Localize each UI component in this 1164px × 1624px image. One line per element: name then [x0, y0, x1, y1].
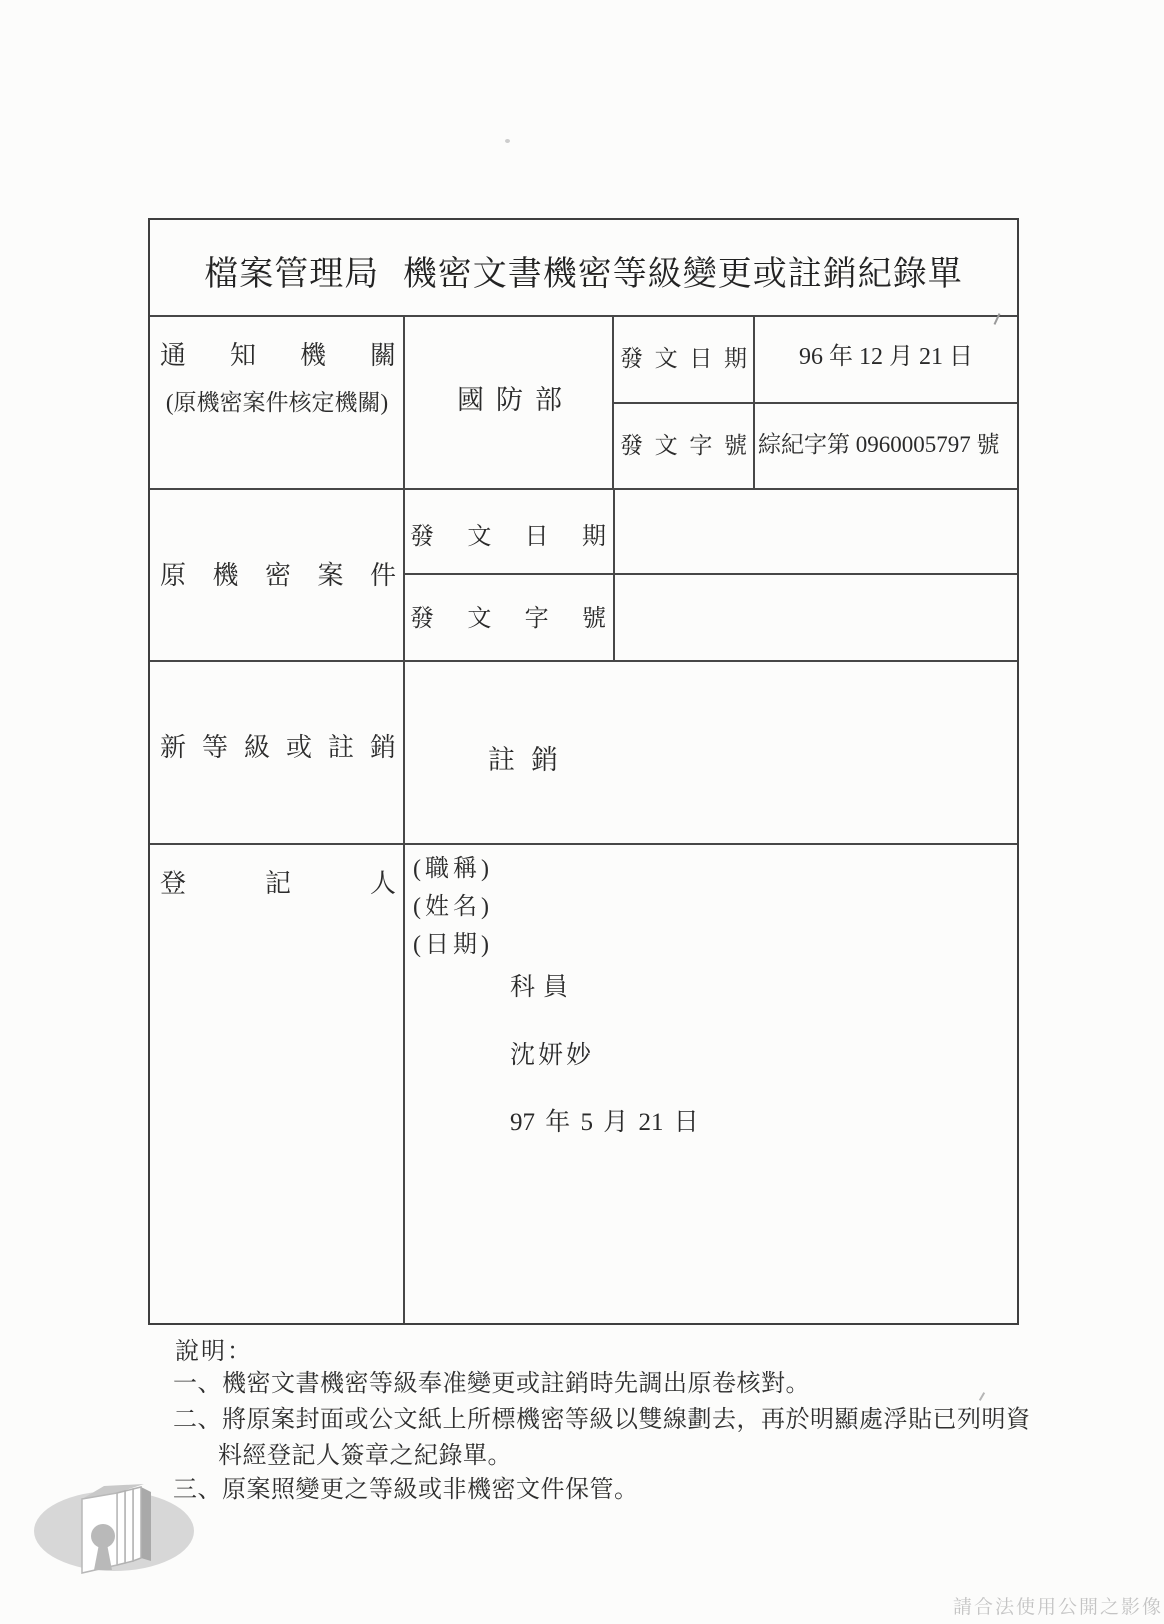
new-level-label: 新等級或註銷 [160, 732, 396, 765]
notify-agency-value: 國防部 [405, 384, 614, 418]
registrar-hint-name: (姓名) [413, 888, 493, 926]
issue-date-value: 96 年 12 月 21 日 [755, 342, 1017, 372]
table-border [150, 660, 1017, 662]
notify-agency-sublabel: (原機密案件核定機關) [151, 389, 403, 418]
table-border [150, 843, 1017, 845]
registrar-hint-date: (日期) [413, 926, 493, 964]
scanned-document-page: 檔案管理局 機密文書機密等級變更或註銷紀錄單 通知機關 (原機密案件核定機關) … [0, 0, 1164, 1624]
table-border [403, 315, 405, 1323]
note-line-2-continued: 料經登記人簽章之紀錄單。 [218, 1435, 512, 1470]
registrar-name: 沈妍妙 [510, 1040, 594, 1071]
registrar-position: 科員 [510, 972, 576, 1003]
original-issue-no-label: 發文字號 [410, 604, 606, 634]
record-form-table: 檔案管理局 機密文書機密等級變更或註銷紀錄單 通知機關 (原機密案件核定機關) … [148, 218, 1019, 1325]
form-title: 檔案管理局 機密文書機密等級變更或註銷紀錄單 [150, 246, 1017, 295]
note-line-2: 二、將原案封面或公文紙上所標機密等級以雙線劃去，再於明顯處浮貼已列明資 [173, 1399, 1031, 1434]
table-border [150, 315, 1017, 317]
registrar-date: 97 年 5 月 21 日 [510, 1107, 699, 1138]
registrar-hint-title: (職稱) [413, 850, 493, 888]
note-line-3: 三、原案照變更之等級或非機密文件保管。 [173, 1469, 639, 1504]
table-border [753, 315, 755, 488]
notes-heading: 說明： [175, 1331, 253, 1366]
registrar-label: 登記人 [160, 868, 396, 901]
issue-no-value: 綜紀字第 0960005797 號 [758, 431, 1016, 460]
archives-book-keyhole-logo-icon [32, 1482, 202, 1582]
scan-speck [505, 139, 510, 143]
notify-agency-label: 通知機關 [160, 340, 396, 373]
issue-date-label: 發文日期 [620, 345, 747, 374]
original-issue-date-label: 發文日期 [410, 522, 606, 552]
original-case-label: 原機密案件 [160, 560, 396, 593]
table-border [150, 488, 1017, 490]
new-level-value: 註銷 [488, 744, 574, 778]
issue-no-label: 發文字號 [620, 432, 747, 461]
registrar-field-hints: (職稱) (姓名) (日期) [413, 850, 493, 964]
table-border [612, 402, 1017, 404]
note-line-1: 一、機密文書機密等級奉准變更或註銷時先調出原卷核對。 [173, 1363, 810, 1398]
copyright-watermark: 請合法使用公開之影像 [953, 1592, 1163, 1619]
table-border [613, 488, 615, 660]
table-border [403, 573, 1017, 575]
